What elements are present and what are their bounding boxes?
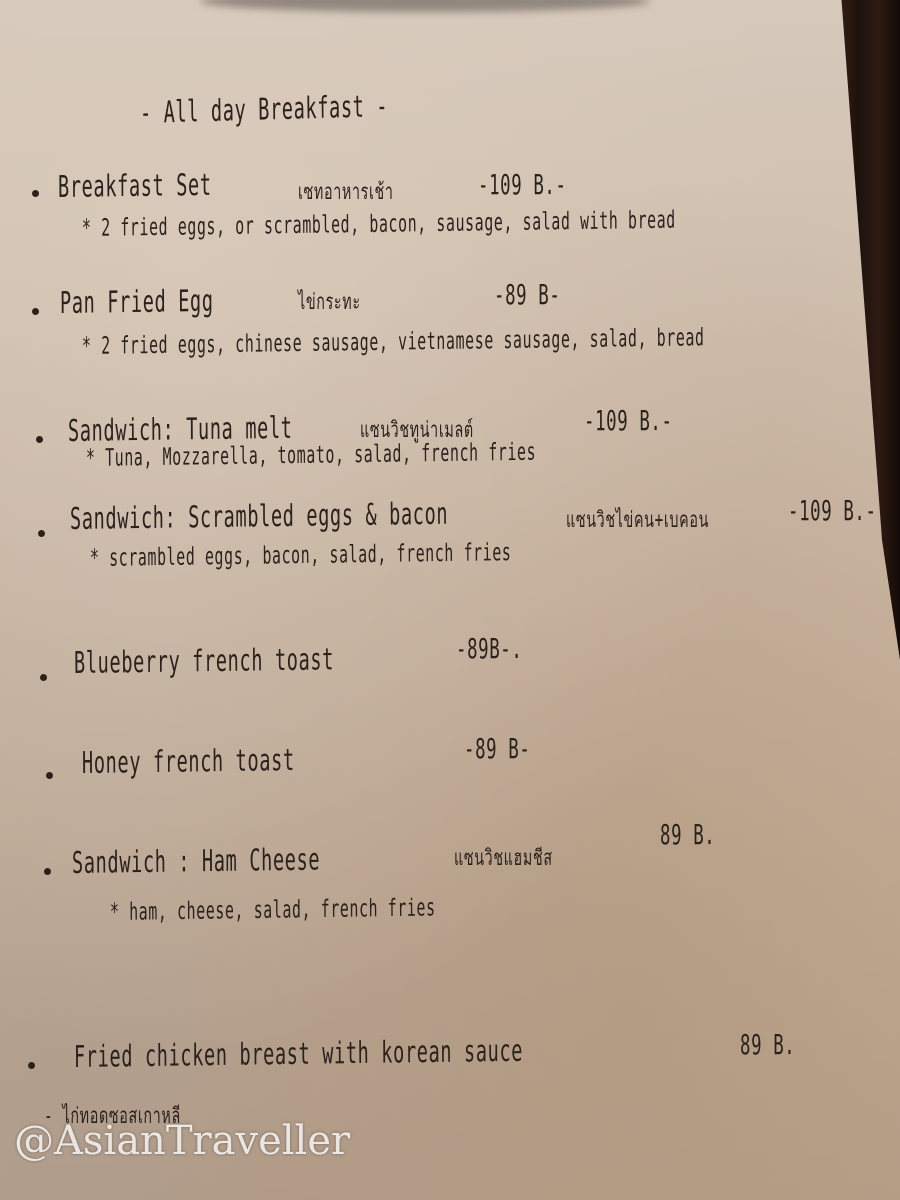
bullet-icon <box>44 868 51 875</box>
item-thai-name: แซนวิชไข่คน+เบคอน <box>566 502 709 537</box>
item-thai-name: แซนวิชแฮมชีส <box>454 840 553 875</box>
menu-title: - All day Breakfast - <box>140 89 389 131</box>
item-thai-name: เซทอาหารเช้า <box>298 174 394 209</box>
bullet-icon <box>32 308 39 315</box>
watermark: @AsianTraveller <box>14 1118 350 1164</box>
item-price: 89 B. <box>740 1028 795 1061</box>
item-name: Honey french toast <box>82 743 295 781</box>
clipboard-shadow <box>200 0 650 12</box>
item-description: * 2 fried eggs, or scrambled, bacon, sau… <box>82 206 676 242</box>
bullet-icon <box>38 530 45 537</box>
bullet-icon <box>28 1062 35 1069</box>
item-price: -109 B.- <box>584 404 673 437</box>
bullet-icon <box>32 190 39 197</box>
item-price: -89 B- <box>464 732 530 765</box>
item-name: Sandwich: Scrambled eggs & bacon <box>70 497 448 537</box>
item-description: * Tuna, Mozzarella, tomato, salad, frenc… <box>86 438 536 472</box>
item-price: -109 B.- <box>478 168 567 201</box>
menu-paper: - All day Breakfast - Breakfast Set เซทอ… <box>0 0 900 1200</box>
item-name: Fried chicken breast with korean sauce <box>74 1034 523 1075</box>
item-thai-name: ไข่กระทะ <box>298 284 361 319</box>
bullet-icon <box>46 772 53 779</box>
item-description: * scrambled eggs, bacon, salad, french f… <box>90 538 512 572</box>
bullet-icon <box>40 674 47 681</box>
item-name: Blueberry french toast <box>74 642 334 681</box>
item-name: Pan Fried Egg <box>60 284 214 321</box>
bullet-icon <box>36 436 43 443</box>
item-price: -109 B.- <box>788 494 877 527</box>
item-description: * ham, cheese, salad, french fries <box>110 893 436 926</box>
item-price: 89 B. <box>660 818 715 851</box>
item-price: -89 B- <box>494 278 560 311</box>
item-description: * 2 fried eggs, chinese sausage, vietnam… <box>82 323 705 360</box>
item-name: Breakfast Set <box>58 168 212 205</box>
item-price: -89B-. <box>456 632 522 665</box>
item-name: Sandwich : Ham Cheese <box>72 843 320 881</box>
